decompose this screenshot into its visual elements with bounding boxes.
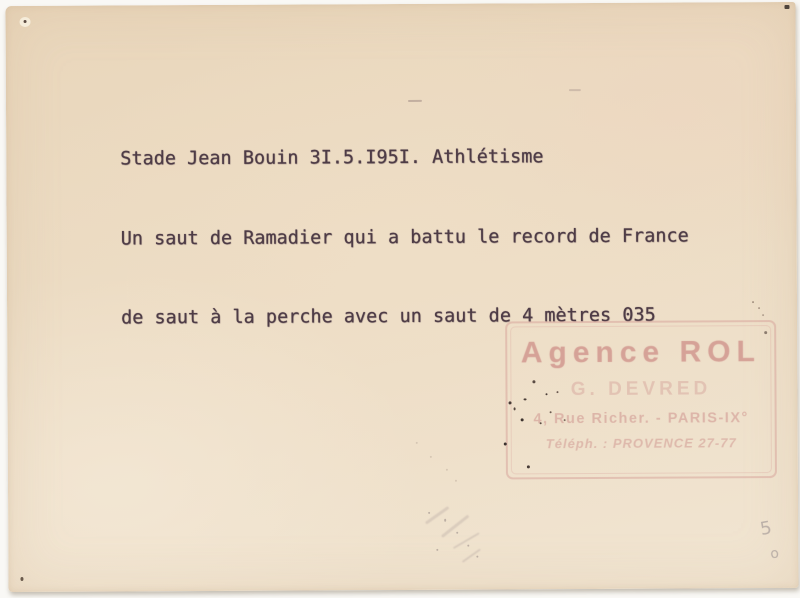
pencil-dot xyxy=(455,480,457,482)
pencil-mark-upper: 5 xyxy=(758,517,773,540)
pencil-dot xyxy=(476,556,478,558)
pencil-dot xyxy=(436,549,438,551)
ink-speck xyxy=(532,380,535,383)
ghost-mark xyxy=(408,100,422,102)
ink-speck xyxy=(546,393,548,395)
pencil-dot xyxy=(416,442,418,444)
pencil-dot xyxy=(467,545,469,547)
dust-speck xyxy=(762,314,764,316)
pencil-dot xyxy=(444,519,446,522)
pencil-dot xyxy=(430,456,432,458)
ink-speck xyxy=(504,442,507,445)
pencil-smudge xyxy=(453,532,480,549)
scan-background: Stade Jean Bouin 3I.5.I95I. Athlétisme U… xyxy=(0,0,800,598)
pencil-dot xyxy=(456,532,458,534)
caption-line-1: Stade Jean Bouin 3I.5.I95I. Athlétisme xyxy=(120,143,688,172)
dust-speck xyxy=(752,301,754,303)
agency-stamp: Agence ROL G. DEVRED 4, Rue Richer. - PA… xyxy=(505,320,777,479)
ink-speck xyxy=(540,422,542,424)
ink-speck xyxy=(20,577,23,581)
caption-line-2: Un saut de Ramadier qui a battu le recor… xyxy=(121,223,689,252)
ink-speck xyxy=(527,465,530,468)
ink-speck xyxy=(509,401,512,404)
ink-speck xyxy=(521,418,524,421)
dust-speck xyxy=(758,307,760,309)
ink-speck xyxy=(550,411,552,413)
ink-speck xyxy=(524,398,527,400)
ink-speck xyxy=(514,407,516,410)
pencil-dot xyxy=(428,512,430,514)
ink-speck xyxy=(564,419,566,421)
ink-speck xyxy=(784,5,789,9)
dust-speck xyxy=(764,331,767,334)
pencil-dot xyxy=(446,469,448,471)
ghost-mark xyxy=(569,89,581,91)
pencil-mark-lower: o xyxy=(769,546,779,563)
ink-speck xyxy=(556,391,558,393)
photo-back-paper: Stade Jean Bouin 3I.5.I95I. Athlétisme U… xyxy=(5,2,798,592)
ink-speck xyxy=(24,20,27,23)
stamp-inner-border xyxy=(510,325,772,474)
pencil-smudge xyxy=(425,506,450,525)
